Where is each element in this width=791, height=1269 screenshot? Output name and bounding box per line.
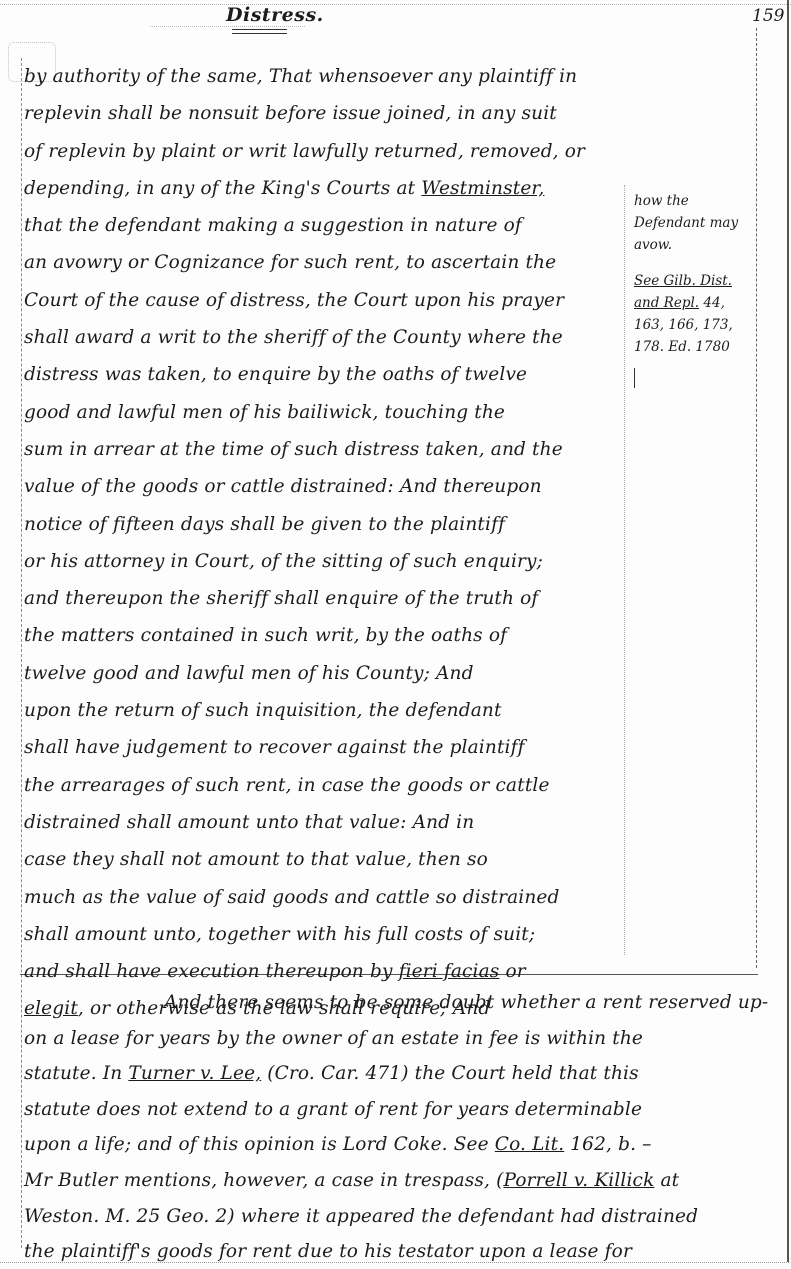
underlined-writ-name: fieri facias	[399, 961, 500, 982]
text-line: shall have judgement to recover against …	[24, 729, 624, 766]
left-margin-rule	[21, 58, 22, 1248]
text-fragment: at	[654, 1170, 679, 1191]
text-line: Mr Butler mentions, however, a case in t…	[24, 1163, 764, 1199]
margin-note-divider	[624, 185, 625, 955]
text-fragment: 162, b. –	[564, 1134, 651, 1155]
text-line: by authority of the same, That whensoeve…	[24, 58, 624, 95]
text-line: statute. In Turner v. Lee, (Cro. Car. 47…	[24, 1056, 764, 1092]
text-line: notice of fifteen days shall be given to…	[24, 506, 624, 543]
text-line: twelve good and lawful men of his County…	[24, 655, 624, 692]
case-name: Turner v. Lee,	[128, 1063, 261, 1084]
text-line: replevin shall be nonsuit before issue j…	[24, 95, 624, 132]
text-line: on a lease for years by the owner of an …	[24, 1021, 764, 1057]
text-fragment: depending, in any of the King's Courts a…	[24, 178, 421, 199]
text-line: an avowry or Cognizance for such rent, t…	[24, 244, 624, 281]
text-line: distress was taken, to enquire by the oa…	[24, 356, 624, 393]
text-fragment: and shall have execution thereupon by	[24, 961, 399, 982]
text-line: much as the value of said goods and catt…	[24, 879, 624, 916]
commentary-paragraph: And there seems to be some doubt whether…	[24, 985, 764, 1269]
text-fragment: or	[499, 961, 525, 982]
right-margin-rule	[756, 28, 757, 968]
main-statute-text: by authority of the same, That whensoeve…	[24, 58, 624, 1028]
case-name: Porrell v. Killick	[503, 1170, 654, 1191]
text-line: upon the return of such inquisition, the…	[24, 692, 624, 729]
text-fragment: statute. In	[24, 1063, 128, 1084]
text-line: And there seems to be some doubt whether…	[24, 985, 764, 1021]
text-line: value of the goods or cattle distrained:…	[24, 468, 624, 505]
text-line: good and lawful men of his bailiwick, to…	[24, 394, 624, 431]
margin-note-avowry: how the Defendant may avow.	[634, 190, 754, 256]
text-line: upon a life; and of this opinion is Lord…	[24, 1127, 764, 1163]
scan-edge-top	[0, 4, 791, 5]
margin-note-citation: See Gilb. Dist. and Repl. 44, 163, 166, …	[634, 270, 754, 358]
margin-notes: how the Defendant may avow. See Gilb. Di…	[634, 190, 754, 358]
text-line: of replevin by plaint or writ lawfully r…	[24, 133, 624, 170]
underlined-place-name: Westminster,	[421, 178, 544, 199]
text-line: depending, in any of the King's Courts a…	[24, 170, 624, 207]
page-number: 159	[752, 6, 784, 26]
text-line: Weston. M. 25 Geo. 2) where it appeared …	[24, 1199, 764, 1235]
text-line: case they shall not amount to that value…	[24, 841, 624, 878]
text-line: shall award a writ to the sheriff of the…	[24, 319, 624, 356]
text-line: that the defendant making a suggestion i…	[24, 207, 624, 244]
text-fragment: upon a life; and of this opinion is Lord…	[24, 1134, 495, 1155]
text-line: distrained shall amount unto that value:…	[24, 804, 624, 841]
text-line: Court of the cause of distress, the Cour…	[24, 282, 624, 319]
text-line: shall amount unto, together with his ful…	[24, 916, 624, 953]
text-line: the arrearages of such rent, in case the…	[24, 767, 624, 804]
text-line: statute does not extend to a grant of re…	[24, 1092, 764, 1128]
text-line: the matters contained in such writ, by t…	[24, 617, 624, 654]
page-title: Distress.	[226, 4, 324, 26]
title-underline	[232, 29, 287, 34]
text-line: the plaintiff's goods for rent due to hi…	[24, 1234, 764, 1269]
text-line: sum in arrear at the time of such distre…	[24, 431, 624, 468]
text-line: and thereupon the sheriff shall enquire …	[24, 580, 624, 617]
margin-tick-mark	[634, 368, 635, 388]
page-edge-right	[787, 0, 789, 1262]
title-guide-line	[150, 26, 305, 27]
citation-reference: Co. Lit.	[495, 1134, 564, 1155]
text-fragment: (Cro. Car. 471) the Court held that this	[261, 1063, 639, 1084]
text-fragment: Mr Butler mentions, however, a case in t…	[24, 1170, 503, 1191]
text-line: or his attorney in Court, of the sitting…	[24, 543, 624, 580]
